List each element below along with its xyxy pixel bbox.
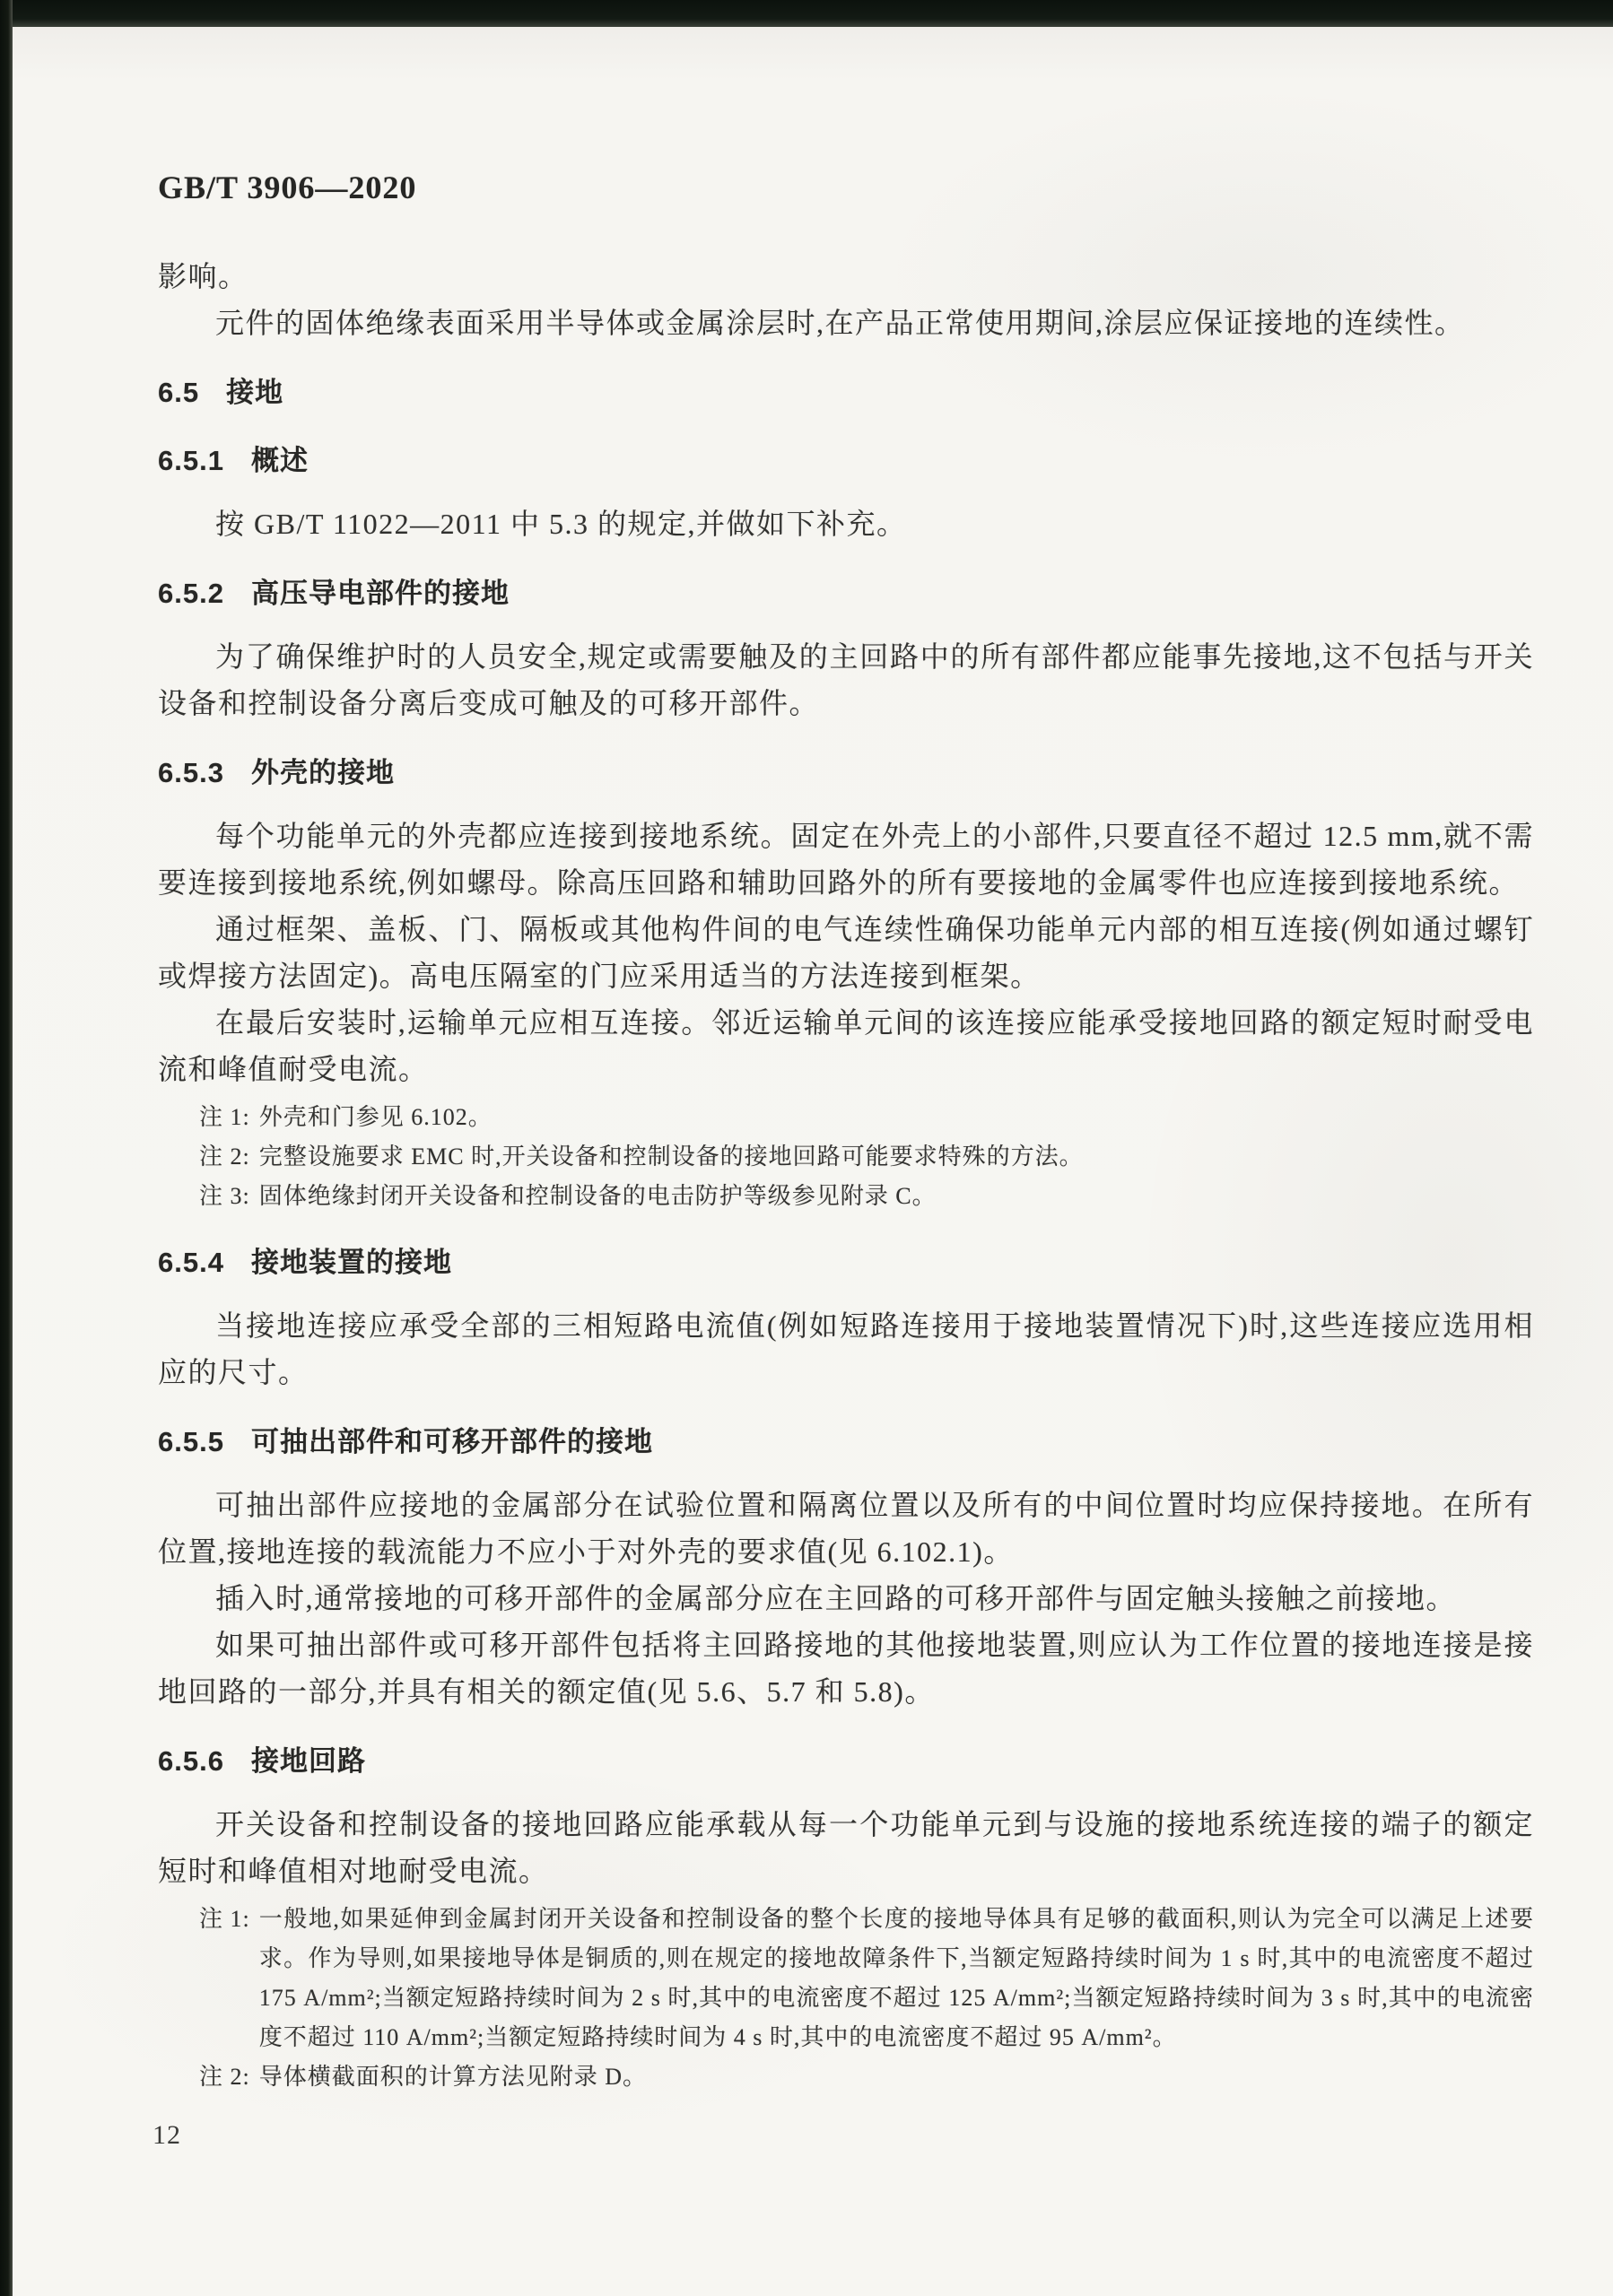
- paragraph: 插入时,通常接地的可移开部件的金属部分应在主回路的可移开部件与固定触头接触之前接…: [158, 1575, 1534, 1622]
- section-number: 6.5: [158, 377, 199, 408]
- note-2: 注 2: 完整设施要求 EMC 时,开关设备和控制设备的接地回路可能要求特殊的方…: [199, 1137, 1534, 1177]
- paragraph: 通过框架、盖板、门、隔板或其他构件间的电气连续性确保功能单元内部的相互连接(例如…: [158, 906, 1534, 999]
- section-heading-6-5: 6.5接地: [158, 371, 1534, 414]
- note-3: 注 3: 固体绝缘封闭开关设备和控制设备的电击防护等级参见附录 C。: [199, 1177, 1534, 1216]
- document-page: GB/T 3906—2020 影响。 元件的固体绝缘表面采用半导体或金属涂层时,…: [0, 0, 1613, 2296]
- section-heading-6-5-6: 6.5.6接地回路: [158, 1740, 1534, 1783]
- section-title: 接地装置的接地: [251, 1247, 452, 1278]
- paragraph: 如果可抽出部件或可移开部件包括将主回路接地的其他接地装置,则应认为工作位置的接地…: [158, 1622, 1534, 1715]
- page-number: 12: [153, 2120, 1534, 2151]
- section-title: 可抽出部件和可移开部件的接地: [251, 1426, 653, 1457]
- section-number: 6.5.6: [158, 1745, 224, 1777]
- section-heading-6-5-5: 6.5.5可抽出部件和可移开部件的接地: [158, 1421, 1534, 1464]
- note-label: 注 2:: [199, 1137, 250, 1177]
- paragraph: 当接地连接应承受全部的三相短路电流值(例如短路连接用于接地装置情况下)时,这些连…: [158, 1302, 1534, 1396]
- section-number: 6.5.3: [158, 757, 224, 788]
- note-label: 注 1:: [199, 1098, 250, 1137]
- note-text: 完整设施要求 EMC 时,开关设备和控制设备的接地回路可能要求特殊的方法。: [259, 1137, 1534, 1177]
- standard-number: GB/T 3906—2020: [158, 169, 1534, 206]
- note-text: 外壳和门参见 6.102。: [259, 1098, 1534, 1137]
- section-number: 6.5.4: [158, 1247, 224, 1278]
- section-title: 外壳的接地: [251, 757, 395, 788]
- scan-edge-top: [0, 0, 1613, 27]
- section-title: 接地回路: [251, 1745, 366, 1777]
- paragraph: 开关设备和控制设备的接地回路应能承载从每一个功能单元到与设施的接地系统连接的端子…: [158, 1801, 1534, 1894]
- note-label: 注 1:: [199, 1900, 250, 1939]
- note-1-grounding-circuit: 注 1: 一般地,如果延伸到金属封闭开关设备和控制设备的整个长度的接地导体具有足…: [199, 1900, 1534, 2057]
- paragraph: 在最后安装时,运输单元应相互连接。邻近运输单元间的该连接应能承受接地回路的额定短…: [158, 999, 1534, 1092]
- note-1: 注 1: 外壳和门参见 6.102。: [199, 1098, 1534, 1137]
- text-column: 影响。 元件的固体绝缘表面采用半导体或金属涂层时,在产品正常使用期间,涂层应保证…: [158, 253, 1534, 2097]
- section-heading-6-5-1: 6.5.1概述: [158, 439, 1534, 483]
- note-2-grounding-circuit: 注 2: 导体横截面积的计算方法见附录 D。: [199, 2057, 1534, 2097]
- note-label: 注 2:: [199, 2057, 250, 2097]
- section-heading-6-5-3: 6.5.3外壳的接地: [158, 752, 1534, 795]
- section-heading-6-5-4: 6.5.4接地装置的接地: [158, 1241, 1534, 1284]
- section-number: 6.5.1: [158, 445, 224, 476]
- section-number: 6.5.2: [158, 578, 224, 609]
- paragraph-continuation: 影响。: [158, 253, 1534, 300]
- paragraph: 按 GB/T 11022—2011 中 5.3 的规定,并做如下补充。: [158, 500, 1534, 547]
- paragraph: 元件的固体绝缘表面采用半导体或金属涂层时,在产品正常使用期间,涂层应保证接地的连…: [158, 300, 1534, 346]
- section-heading-6-5-2: 6.5.2高压导电部件的接地: [158, 572, 1534, 615]
- page-content: GB/T 3906—2020 影响。 元件的固体绝缘表面采用半导体或金属涂层时,…: [13, 27, 1613, 2296]
- paragraph: 可抽出部件应接地的金属部分在试验位置和隔离位置以及所有的中间位置时均应保持接地。…: [158, 1482, 1534, 1575]
- paragraph: 每个功能单元的外壳都应连接到接地系统。固定在外壳上的小部件,只要直径不超过 12…: [158, 813, 1534, 906]
- section-number: 6.5.5: [158, 1426, 224, 1457]
- section-title: 接地: [226, 377, 283, 408]
- note-text: 固体绝缘封闭开关设备和控制设备的电击防护等级参见附录 C。: [259, 1177, 1534, 1216]
- note-text: 一般地,如果延伸到金属封闭开关设备和控制设备的整个长度的接地导体具有足够的截面积…: [259, 1900, 1534, 2057]
- paragraph: 为了确保维护时的人员安全,规定或需要触及的主回路中的所有部件都应能事先接地,这不…: [158, 633, 1534, 726]
- section-title: 高压导电部件的接地: [251, 578, 510, 609]
- note-text: 导体横截面积的计算方法见附录 D。: [259, 2057, 1534, 2097]
- section-title: 概述: [251, 445, 309, 476]
- scan-edge-left: [0, 0, 13, 2296]
- note-label: 注 3:: [199, 1177, 250, 1216]
